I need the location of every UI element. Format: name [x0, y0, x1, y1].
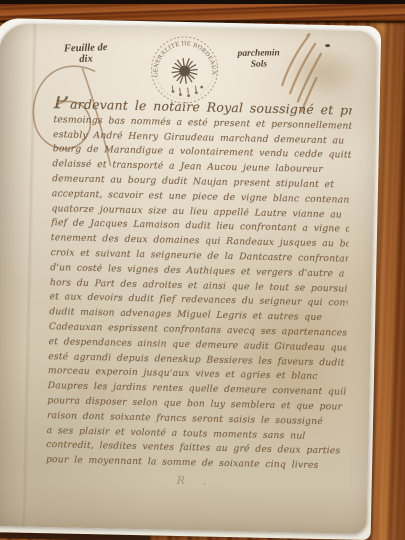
- manuscript-lines: tesmoings bas nommés a esté present et p…: [46, 113, 352, 475]
- photo-of-manuscript: Feuille de dix GENERALITE DE BORDEAUX: [0, 0, 405, 540]
- generalite-revenue-stamp-icon: GENERALITE DE BORDEAUX: [144, 27, 226, 109]
- stamp-dangle-dots: [171, 82, 204, 99]
- manuscript-body: Pardevant le notaire Royal soussigné et …: [45, 96, 351, 492]
- document-paper: Feuille de dix GENERALITE DE BORDEAUX: [0, 23, 377, 534]
- decorated-initial: P: [54, 96, 69, 113]
- wood-top-strip: [0, 0, 405, 21]
- closing-paraph: R .: [45, 471, 343, 492]
